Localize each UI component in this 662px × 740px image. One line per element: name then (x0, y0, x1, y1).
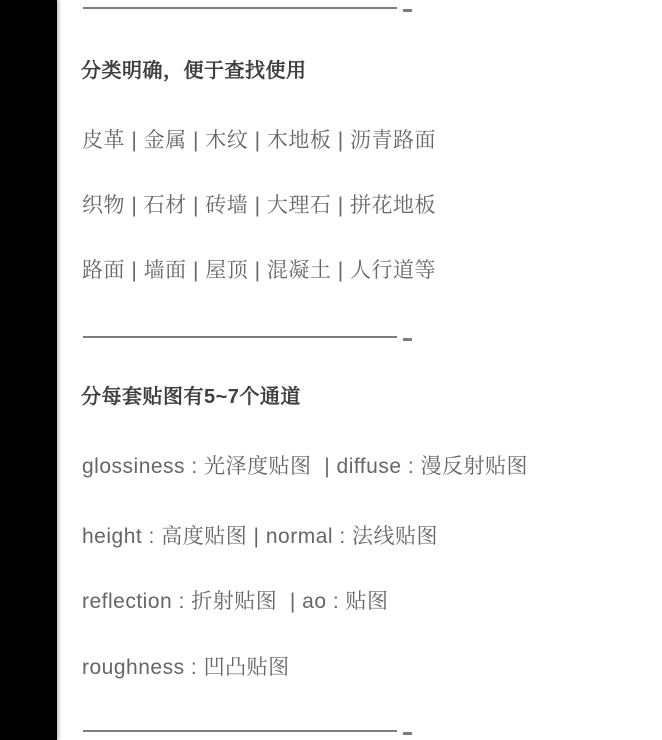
channel-line-roughness: roughness : 凹凸贴图 (82, 655, 290, 680)
separator-line (83, 336, 397, 338)
category-line-1: 皮革 | 金属 | 木纹 | 木地板 | 沥青路面 (82, 128, 436, 153)
separator-line (83, 7, 397, 9)
separator-dash (403, 9, 412, 12)
section-heading-categories: 分类明确，便于查找使用 (81, 60, 307, 82)
separator-dash (403, 732, 412, 735)
category-line-2: 织物 | 石材 | 砖墙 | 大理石 | 拼花地板 (82, 193, 436, 218)
section-heading-channels: 分每套贴图有5~7个通道 (81, 386, 301, 408)
article-page: 分类明确，便于查找使用 皮革 | 金属 | 木纹 | 木地板 | 沥青路面 织物… (0, 0, 662, 740)
channel-line-reflection-ao: reflection : 折射贴图 | ao : 贴图 (82, 589, 389, 614)
separator-line (83, 730, 397, 732)
category-line-3: 路面 | 墙面 | 屋顶 | 混凝土 | 人行道等 (82, 258, 436, 283)
separator-dash (403, 338, 412, 341)
article-content: 分类明确，便于查找使用 皮革 | 金属 | 木纹 | 木地板 | 沥青路面 织物… (0, 0, 662, 740)
separator-top (83, 7, 413, 13)
separator-middle (83, 336, 413, 342)
channel-line-height-normal: height : 高度贴图 | normal : 法线贴图 (82, 524, 438, 549)
separator-bottom (83, 730, 413, 736)
channel-line-glossiness-diffuse: glossiness : 光泽度贴图 | diffuse : 漫反射贴图 (82, 454, 528, 479)
